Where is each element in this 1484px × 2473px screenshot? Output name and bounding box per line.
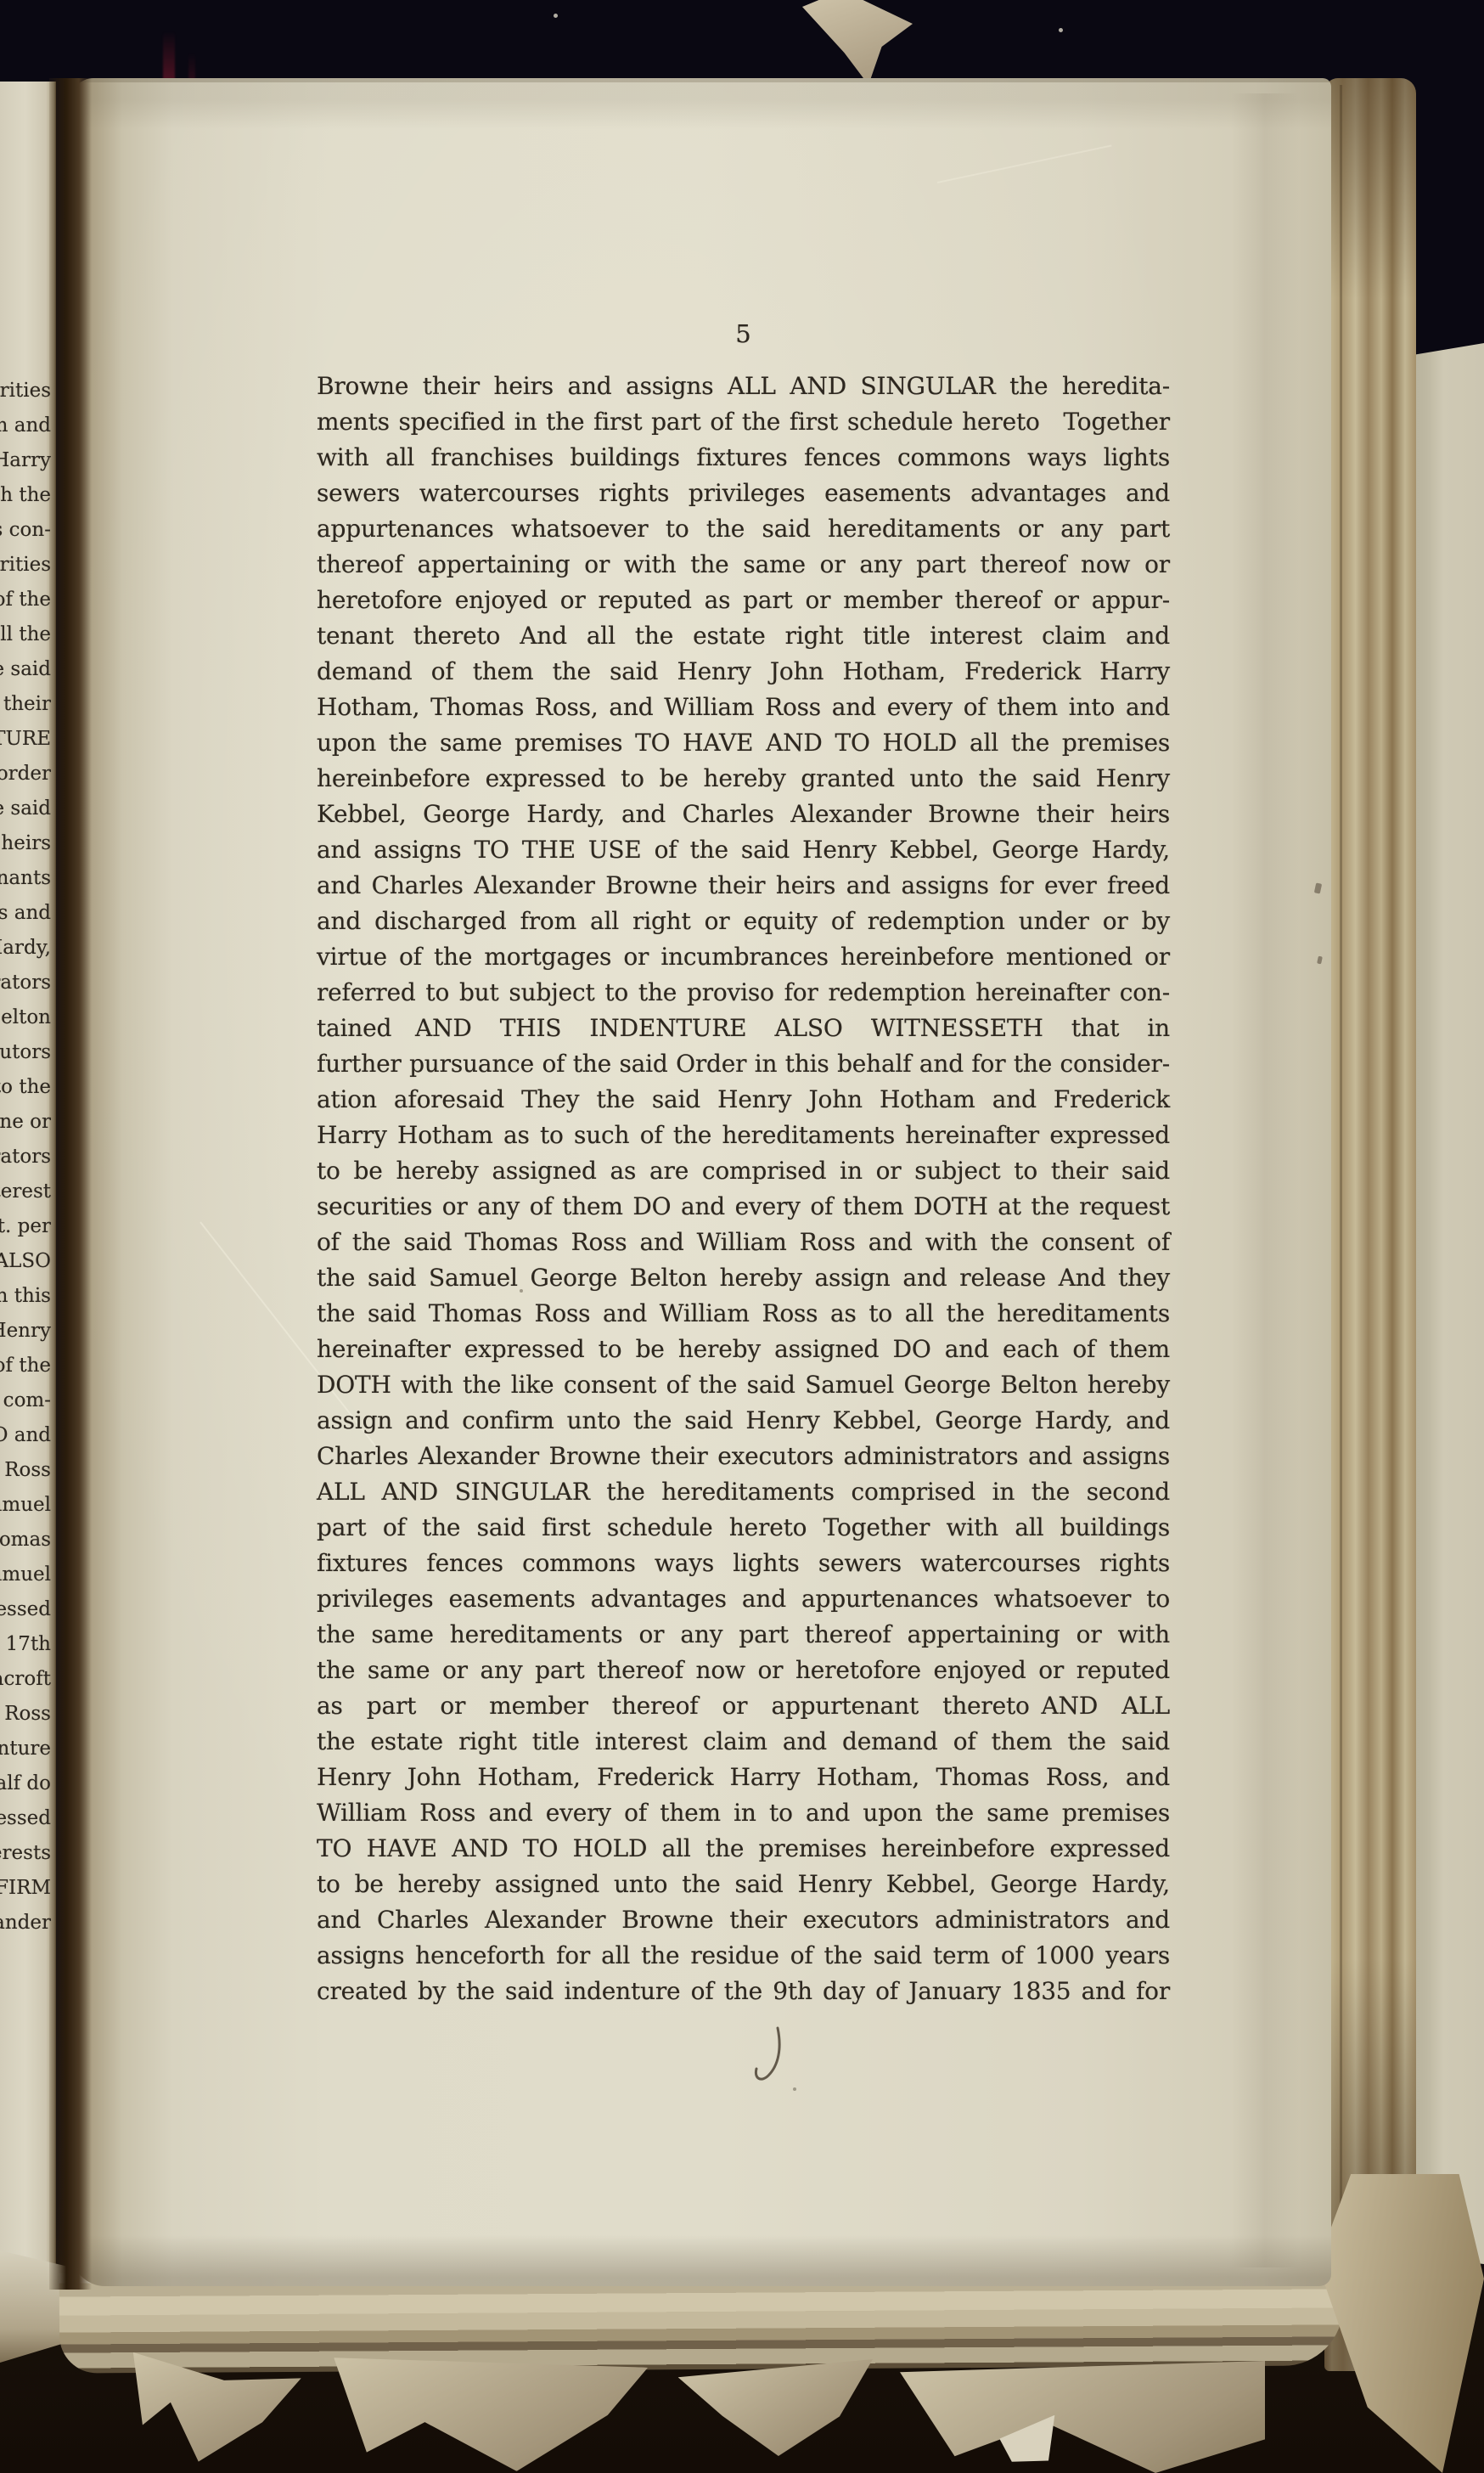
fragment-line: with the <box>0 478 51 513</box>
fore-edge-pages <box>1324 78 1416 2371</box>
fragment-line: as Ross <box>0 1453 51 1488</box>
text-line: ALL AND SINGULAR the hereditaments compr… <box>317 1474 1170 1510</box>
fragment-line: ecurities <box>0 374 51 408</box>
text-line: DOTH with the like consent of the said S… <box>317 1367 1170 1403</box>
fragment-line: xpressed <box>0 1592 51 1627</box>
text-line: thereof appertaining or with the same or… <box>317 547 1170 583</box>
fragment-line: ALSO <box>0 1244 51 1279</box>
gutter-shadow <box>49 78 92 2290</box>
text-line: hereinafter expressed to be hereby assig… <box>317 1332 1170 1367</box>
text-line: as part or member thereof or appurtenant… <box>317 1688 1170 1724</box>
text-line: and Charles Alexander Browne their execu… <box>317 1902 1170 1938</box>
fragment-line: Hardy, <box>0 931 51 966</box>
dust-speck <box>554 14 558 18</box>
fore-edge-line <box>1340 85 1342 2327</box>
text-line: appurtenances whatsoever to the said her… <box>317 511 1170 547</box>
fragment-line: NTURE <box>0 722 51 757</box>
paper-speck <box>793 2087 796 2091</box>
fold-shadow <box>1231 93 1299 2267</box>
fragment-line: ent. per <box>0 1209 51 1244</box>
text-line: TO HAVE AND TO HOLD all the premises her… <box>317 1831 1170 1867</box>
fragment-line: exander <box>0 1906 51 1941</box>
text-line: and assigns TO THE USE of the said Henry… <box>317 832 1170 868</box>
fragment-line: xpressed <box>0 1801 51 1836</box>
fragment-line: r in this <box>0 1279 51 1314</box>
page-number: 5 <box>316 319 1172 353</box>
fragment-line: istrators <box>0 966 51 1000</box>
fragment-line: lies con- <box>0 513 51 548</box>
fragment-line: ecurities <box>0 548 51 583</box>
text-line: privileges easements advantages and appu… <box>317 1581 1170 1617</box>
text-line: the same hereditaments or any part there… <box>317 1617 1170 1653</box>
book-photograph: 5 Browne their heirs and assigns ALL AND… <box>0 0 1484 2473</box>
text-line: demand of them the said Henry John Hotha… <box>317 654 1170 690</box>
text-line: William Ross and every of them in to and… <box>317 1795 1170 1831</box>
fragment-line: xecutors <box>0 1035 51 1070</box>
text-line: of the said Thomas Ross and William Ross… <box>317 1225 1170 1260</box>
text-line: and discharged from all right or equity … <box>317 904 1170 939</box>
text-line: Charles Alexander Browne their executors… <box>317 1439 1170 1474</box>
text-line: assign and confirm unto the said Henry K… <box>317 1403 1170 1439</box>
text-line: part of the said first schedule hereto T… <box>317 1510 1170 1546</box>
text-line: the same or any part thereof now or here… <box>317 1653 1170 1688</box>
fragment-line: the said <box>0 791 51 826</box>
text-line: upon the same premises TO HAVE AND TO HO… <box>317 725 1170 761</box>
fragment-line: Belton <box>0 1000 51 1035</box>
text-line: heretofore enjoyed or reputed as part or… <box>317 583 1170 618</box>
fragment-line: ne their <box>0 687 51 722</box>
fragment-line: he 17th <box>0 1627 51 1662</box>
fragment-line: t of the <box>0 583 51 617</box>
text-line: to be hereby assigned unto the said Henr… <box>317 1867 1170 1902</box>
fragment-line: istrators <box>0 1140 51 1175</box>
fragment-line: DO and <box>0 1418 51 1453</box>
fragment-line: y to the <box>0 1070 51 1105</box>
text-line: fixtures fences commons ways lights sewe… <box>317 1546 1170 1581</box>
fragment-line: Samuel <box>0 1558 51 1592</box>
text-line: Harry Hotham as to such of the hereditam… <box>317 1118 1170 1153</box>
text-line: Hotham, Thomas Ross, and William Ross an… <box>317 690 1170 725</box>
text-line: to be hereby assigned as are comprised i… <box>317 1153 1170 1189</box>
fragment-line: Cracroft <box>0 1662 51 1697</box>
text-line: ments specified in the first part of the… <box>317 404 1170 440</box>
text-line: the estate right title interest claim an… <box>317 1724 1170 1760</box>
fragment-line: id order <box>0 757 51 791</box>
text-line: Henry John Hotham, Frederick Harry Hotha… <box>317 1760 1170 1795</box>
text-line: referred to but subject to the proviso f… <box>317 975 1170 1011</box>
fragment-line: eir heirs <box>0 826 51 861</box>
fragment-line: denture <box>0 1732 51 1766</box>
ink-mark <box>752 2023 791 2089</box>
fragment-line: NFIRM <box>0 1871 51 1906</box>
fragment-line: aim and <box>0 408 51 443</box>
fragment-line: Samuel <box>0 1488 51 1523</box>
fragment-line: Thomas <box>0 1523 51 1558</box>
fragment-line: owne or <box>0 1105 51 1140</box>
fragment-line: ovenants <box>0 861 51 896</box>
text-line: the said Samuel George Belton hereby ass… <box>317 1260 1170 1296</box>
fragment-line: re com- <box>0 1383 51 1418</box>
fragment-line: m Ross <box>0 1697 51 1732</box>
dust-speck <box>1059 28 1063 32</box>
fragment-line: half do <box>0 1766 51 1801</box>
underlying-page <box>1413 343 1484 2264</box>
text-line: the said Thomas Ross and William Ross as… <box>317 1296 1170 1332</box>
fragment-line: D all the <box>0 617 51 652</box>
fragment-line: ors and <box>0 896 51 931</box>
fragment-line: nterests <box>0 1836 51 1871</box>
text-line: virtue of the mortgages or incumbrances … <box>317 939 1170 975</box>
text-line: with all franchises buildings fixtures f… <box>317 440 1170 476</box>
text-line: assigns henceforth for all the residue o… <box>317 1938 1170 1974</box>
fragment-line: of the <box>0 1349 51 1383</box>
text-line: further pursuance of the said Order in t… <box>317 1046 1170 1082</box>
fragment-line: the said <box>0 652 51 687</box>
text-line: and Charles Alexander Browne their heirs… <box>317 868 1170 904</box>
text-line: ation aforesaid They the said Henry John… <box>317 1082 1170 1118</box>
facing-page-fragments: ecuritiesaim andk Harrywith thelies con-… <box>0 374 51 1941</box>
page-text: Browne their heirs and assigns ALL AND S… <box>317 369 1170 2009</box>
text-line: Kebbel, George Hardy, and Charles Alexan… <box>317 797 1170 832</box>
text-line: sewers watercourses rights privileges ea… <box>317 476 1170 511</box>
text-line: hereinbefore expressed to be hereby gran… <box>317 761 1170 797</box>
fragment-line: Henry <box>0 1314 51 1349</box>
text-line: created by the said indenture of the 9th… <box>317 1974 1170 2009</box>
paper-scrap <box>802 0 913 85</box>
text-line: tained AND THIS INDENTURE ALSO WITNESSET… <box>317 1011 1170 1046</box>
text-line: securities or any of them DO and every o… <box>317 1189 1170 1225</box>
text-line: tenant thereto And all the estate right … <box>317 618 1170 654</box>
text-line: Browne their heirs and assigns ALL AND S… <box>317 369 1170 404</box>
fragment-line: interest <box>0 1175 51 1209</box>
fragment-line: k Harry <box>0 443 51 478</box>
